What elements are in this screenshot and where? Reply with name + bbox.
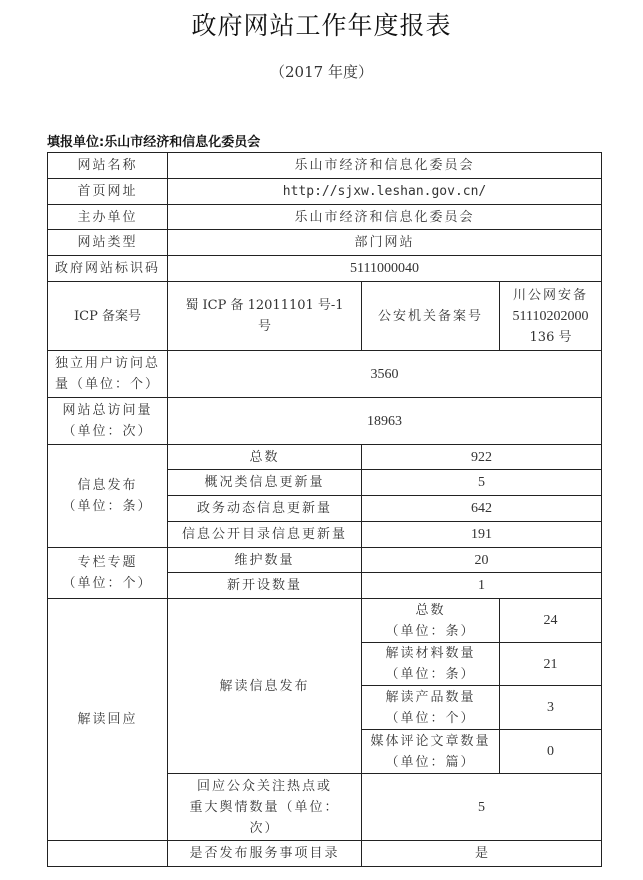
info-gov-news-value: 642 bbox=[362, 496, 602, 522]
total-visits-label: 网站总访问量 （单位：次） bbox=[48, 398, 168, 445]
columns-label-line2: （单位：个） bbox=[51, 573, 164, 594]
interp-response-label: 回应公众关注热点或 重大舆情数量（单位： 次） bbox=[168, 774, 362, 841]
interp-response-label-line1: 回应公众关注热点或 bbox=[171, 776, 358, 797]
row-unique-visitors: 独立用户访问总 量（单位：个） 3560 bbox=[48, 351, 602, 398]
icp-value-line1: 蜀 ICP 备 12011101 号-1 bbox=[171, 295, 358, 316]
row-total-visits: 网站总访问量 （单位：次） 18963 bbox=[48, 398, 602, 445]
service-catalog-label: 是否发布服务事项目录 bbox=[168, 841, 362, 867]
row-site-type: 网站类型 部门网站 bbox=[48, 230, 602, 256]
total-visits-label-line2: （单位：次） bbox=[51, 421, 164, 442]
interp-products-label-line2: （单位：个） bbox=[365, 708, 496, 729]
row-icp: ICP 备案号 蜀 ICP 备 12011101 号-1 号 公安机关备案号 川… bbox=[48, 282, 602, 351]
unique-visitors-label-line2: 量（单位：个） bbox=[51, 374, 164, 395]
info-overview-value: 5 bbox=[362, 470, 602, 496]
police-record-line1: 川公网安备 bbox=[503, 285, 598, 306]
police-record-value: 川公网安备 51110202000 136 号 bbox=[500, 282, 602, 351]
site-type-label: 网站类型 bbox=[48, 230, 168, 256]
interp-materials-label: 解读材料数量 （单位：条） bbox=[362, 643, 500, 686]
report-table: 网站名称 乐山市经济和信息化委员会 首页网址 http://sjxw.lesha… bbox=[47, 152, 602, 867]
info-publish-label-line1: 信息发布 bbox=[51, 475, 164, 496]
report-year: （2017 年度） bbox=[0, 61, 643, 82]
filler-unit-value: 乐山市经济和信息化委员会 bbox=[104, 135, 260, 150]
interp-response-value: 5 bbox=[362, 774, 602, 841]
interpretation-label: 解读回应 bbox=[48, 599, 168, 841]
site-type-value: 部门网站 bbox=[168, 230, 602, 256]
interp-materials-value: 21 bbox=[500, 643, 602, 686]
icp-value-line2: 号 bbox=[171, 316, 358, 337]
interp-response-label-line2: 重大舆情数量（单位： bbox=[171, 797, 358, 818]
police-record-label: 公安机关备案号 bbox=[362, 282, 500, 351]
row-homepage-url: 首页网址 http://sjxw.leshan.gov.cn/ bbox=[48, 179, 602, 205]
row-service-catalog: 是否发布服务事项目录 是 bbox=[48, 841, 602, 867]
columns-new-value: 1 bbox=[362, 573, 602, 599]
interp-total-value: 24 bbox=[500, 599, 602, 643]
info-total-label: 总数 bbox=[168, 445, 362, 470]
filler-unit-label: 填报单位: bbox=[47, 135, 104, 150]
total-visits-value: 18963 bbox=[168, 398, 602, 445]
icp-label: ICP 备案号 bbox=[48, 282, 168, 351]
site-name-value: 乐山市经济和信息化委员会 bbox=[168, 153, 602, 179]
row-columns-maintained: 专栏专题 （单位：个） 维护数量 20 bbox=[48, 548, 602, 573]
interp-media-label-line2: （单位：篇） bbox=[365, 752, 496, 773]
interp-products-value: 3 bbox=[500, 686, 602, 730]
interp-products-label-line1: 解读产品数量 bbox=[365, 687, 496, 708]
unique-visitors-value: 3560 bbox=[168, 351, 602, 398]
total-visits-label-line1: 网站总访问量 bbox=[51, 400, 164, 421]
police-record-line2: 51110202000 bbox=[503, 306, 598, 327]
interp-materials-label-line2: （单位：条） bbox=[365, 664, 496, 685]
interp-total-label-line2: （单位：条） bbox=[365, 621, 496, 642]
interp-response-label-line3: 次） bbox=[171, 818, 358, 839]
info-gov-news-label: 政务动态信息更新量 bbox=[168, 496, 362, 522]
unique-visitors-label: 独立用户访问总 量（单位：个） bbox=[48, 351, 168, 398]
sponsor-label: 主办单位 bbox=[48, 205, 168, 230]
info-overview-label: 概况类信息更新量 bbox=[168, 470, 362, 496]
row-sponsor: 主办单位 乐山市经济和信息化委员会 bbox=[48, 205, 602, 230]
sponsor-value: 乐山市经济和信息化委员会 bbox=[168, 205, 602, 230]
service-catalog-empty bbox=[48, 841, 168, 867]
report-title: 政府网站工作年度报表 bbox=[0, 6, 643, 42]
row-site-id: 政府网站标识码 5111000040 bbox=[48, 256, 602, 282]
info-publish-label-line2: （单位：条） bbox=[51, 496, 164, 517]
columns-maintained-label: 维护数量 bbox=[168, 548, 362, 573]
columns-maintained-value: 20 bbox=[362, 548, 602, 573]
info-publish-label: 信息发布 （单位：条） bbox=[48, 445, 168, 548]
row-interp-total: 解读回应 解读信息发布 总数 （单位：条） 24 bbox=[48, 599, 602, 643]
row-site-name: 网站名称 乐山市经济和信息化委员会 bbox=[48, 153, 602, 179]
columns-label-line1: 专栏专题 bbox=[51, 552, 164, 573]
interp-media-label-line1: 媒体评论文章数量 bbox=[365, 731, 496, 752]
interp-products-label: 解读产品数量 （单位：个） bbox=[362, 686, 500, 730]
interp-media-label: 媒体评论文章数量 （单位：篇） bbox=[362, 730, 500, 774]
columns-label: 专栏专题 （单位：个） bbox=[48, 548, 168, 599]
row-info-total: 信息发布 （单位：条） 总数 922 bbox=[48, 445, 602, 470]
unique-visitors-label-line1: 独立用户访问总 bbox=[51, 353, 164, 374]
service-catalog-value: 是 bbox=[362, 841, 602, 867]
columns-new-label: 新开设数量 bbox=[168, 573, 362, 599]
interp-total-label: 总数 （单位：条） bbox=[362, 599, 500, 643]
police-record-line3: 136 号 bbox=[503, 327, 598, 348]
info-disclosure-label: 信息公开目录信息更新量 bbox=[168, 522, 362, 548]
info-total-value: 922 bbox=[362, 445, 602, 470]
interpretation-publish-label: 解读信息发布 bbox=[168, 599, 362, 774]
homepage-url-label: 首页网址 bbox=[48, 179, 168, 205]
interp-total-label-line1: 总数 bbox=[365, 600, 496, 621]
icp-value: 蜀 ICP 备 12011101 号-1 号 bbox=[168, 282, 362, 351]
interp-media-value: 0 bbox=[500, 730, 602, 774]
homepage-url-value: http://sjxw.leshan.gov.cn/ bbox=[168, 179, 602, 205]
site-id-label: 政府网站标识码 bbox=[48, 256, 168, 282]
filler-unit: 填报单位:乐山市经济和信息化委员会 bbox=[47, 131, 260, 150]
interp-materials-label-line1: 解读材料数量 bbox=[365, 643, 496, 664]
site-name-label: 网站名称 bbox=[48, 153, 168, 179]
site-id-value: 5111000040 bbox=[168, 256, 602, 282]
info-disclosure-value: 191 bbox=[362, 522, 602, 548]
